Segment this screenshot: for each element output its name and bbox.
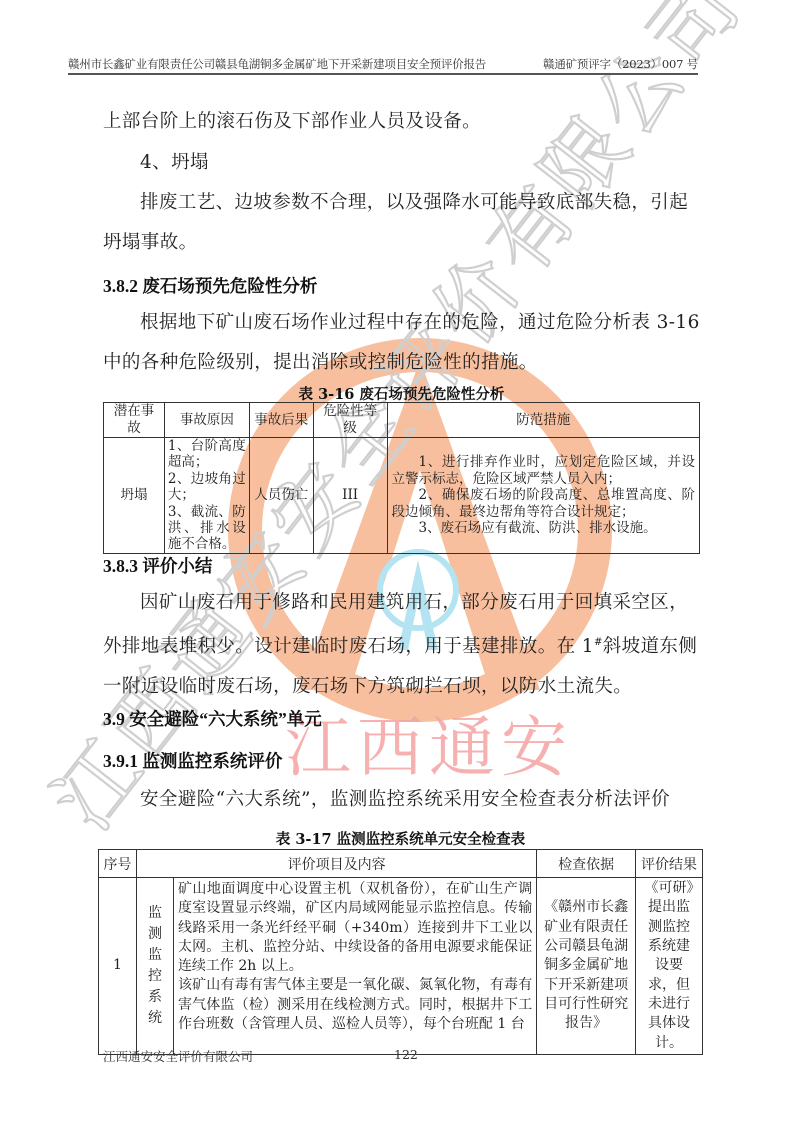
footer-company: 江西通安安全评价有限公司 <box>103 1047 253 1065</box>
section-3-8-2-text: 根据地下矿山废石场作业过程中存在的危险，通过危险分析表 3-16 中的各种危险级… <box>103 303 700 383</box>
content-cell: 矿山地面调度中心设置主机（双机备份），在矿山生产调度室设置显示终端，矿区内局域网… <box>173 878 536 1055</box>
report-title: 赣州市长鑫矿业有限责任公司赣县龟湖铜多金属矿地下开采新建项目安全预评价报告 <box>68 56 486 72</box>
paragraph-continuation: 上部台阶上的滚石伤及下部作业人员及设备。 <box>103 102 700 142</box>
section-3-8-3-text: 因矿山废石用于修路和民用建筑用石，部分废石用于回填采空区，外排地表堆积少。设计建… <box>103 583 700 707</box>
section-3-8-3-title: 3.8.3 评价小结 <box>103 553 212 578</box>
measure-item: 1、进行排弃作业时，应划定危险区域，并设立警示标志，危险区域严禁人员入内； <box>392 454 695 487</box>
superscript: # <box>594 637 603 648</box>
accident-cell: 坍塌 <box>104 438 165 554</box>
level-cell: III <box>313 438 387 554</box>
number-cell: 1 <box>99 878 137 1055</box>
header-cell: 序号 <box>99 850 137 878</box>
header-cell: 事故后果 <box>249 403 313 438</box>
item-cell: 监测监控系统 <box>136 878 173 1055</box>
table-row: 1 监测监控系统 矿山地面调度中心设置主机（双机备份），在矿山生产调度室设置显示… <box>99 878 703 1055</box>
section-3-9-1-text: 安全避险“六大系统”，监测监控系统采用安全检查表分析法评价 <box>103 780 700 820</box>
page-number: 122 <box>394 1047 418 1062</box>
table-header-row: 潜在事故 事故原因 事故后果 危险性等级 防范措施 <box>104 403 700 438</box>
header-cell: 检查依据 <box>537 850 636 878</box>
content-paragraph: 矿山地面调度中心设置主机（双机备份），在矿山生产调度室设置显示终端，矿区内局域网… <box>178 880 532 976</box>
section-3-9-1-title: 3.9.1 监测监控系统评价 <box>103 748 282 773</box>
header-cell: 事故原因 <box>164 403 249 438</box>
header-cell: 潜在事故 <box>104 403 165 438</box>
measure-item: 2、确保废石场的阶段高度、总堆置高度、阶段边倾角、最终边帮角等符合设计规定； <box>392 487 695 520</box>
header-rule <box>68 73 698 75</box>
doc-number: 赣通矿预评字（2023）007 号 <box>543 56 698 72</box>
header-cell: 危险性等级 <box>313 403 387 438</box>
page-header: 赣州市长鑫矿业有限责任公司赣县龟湖铜多金属矿地下开采新建项目安全预评价报告 赣通… <box>68 56 698 72</box>
item4-heading: 4、坍塌 <box>103 143 700 183</box>
content-paragraph: 该矿山有毒有害气体主要是一氧化碳、氮氧化物，有毒有害气体监（检）测采用在线检测方… <box>178 976 532 1034</box>
section-3-9-title: 3.9 安全避险“六大系统”单元 <box>103 706 322 731</box>
cause-item: 3、截流、防洪、排水设施不合格。 <box>168 504 246 553</box>
header-cell: 评价项目及内容 <box>136 850 536 878</box>
consequence-cell: 人员伤亡 <box>249 438 313 554</box>
header-cell: 评价结果 <box>636 850 703 878</box>
table-3-17: 序号 评价项目及内容 检查依据 评价结果 1 监测监控系统 矿山地面调度中心设置… <box>98 849 703 1055</box>
header-cell: 防范措施 <box>387 403 699 438</box>
causes-cell: 1、台阶高度超高； 2、边坡角过大； 3、截流、防洪、排水设施不合格。 <box>164 438 249 554</box>
table-header-row: 序号 评价项目及内容 检查依据 评价结果 <box>99 850 703 878</box>
measure-item: 3、废石场应有截流、防洪、排水设施。 <box>392 520 695 536</box>
cause-item: 2、边坡角过大； <box>168 471 246 504</box>
table-3-16-caption: 表 3-16 废石场预先危险性分析 <box>103 383 700 404</box>
basis-cell: 《赣州市长鑫矿业有限责任公司赣县龟湖铜多金属矿地下开采新建项目可行性研究报告》 <box>537 878 636 1055</box>
cause-item: 1、台阶高度超高； <box>168 438 246 471</box>
section-3-8-2-title: 3.8.2 废石场预先危险性分析 <box>103 273 317 298</box>
document-page: 江西通安安全评价有限公司 江西通安 赣州市长鑫矿业有限责任公司赣县龟湖铜多金属矿… <box>0 0 800 1131</box>
item4-text: 排废工艺、边坡参数不合理，以及强降水可能导致底部失稳，引起坍塌事故。 <box>103 183 700 263</box>
table-row: 坍塌 1、台阶高度超高； 2、边坡角过大； 3、截流、防洪、排水设施不合格。 人… <box>104 438 700 554</box>
table-3-17-caption: 表 3-17 监测监控系统单元安全检查表 <box>98 828 703 849</box>
result-cell: 《可研》提出监测监控系统建设要求，但未进行具体设计。 <box>636 878 703 1055</box>
table-3-16: 潜在事故 事故原因 事故后果 危险性等级 防范措施 坍塌 1、台阶高度超高； 2… <box>103 402 700 554</box>
measures-cell: 1、进行排弃作业时，应划定危险区域，并设立警示标志，危险区域严禁人员入内； 2、… <box>387 438 699 554</box>
